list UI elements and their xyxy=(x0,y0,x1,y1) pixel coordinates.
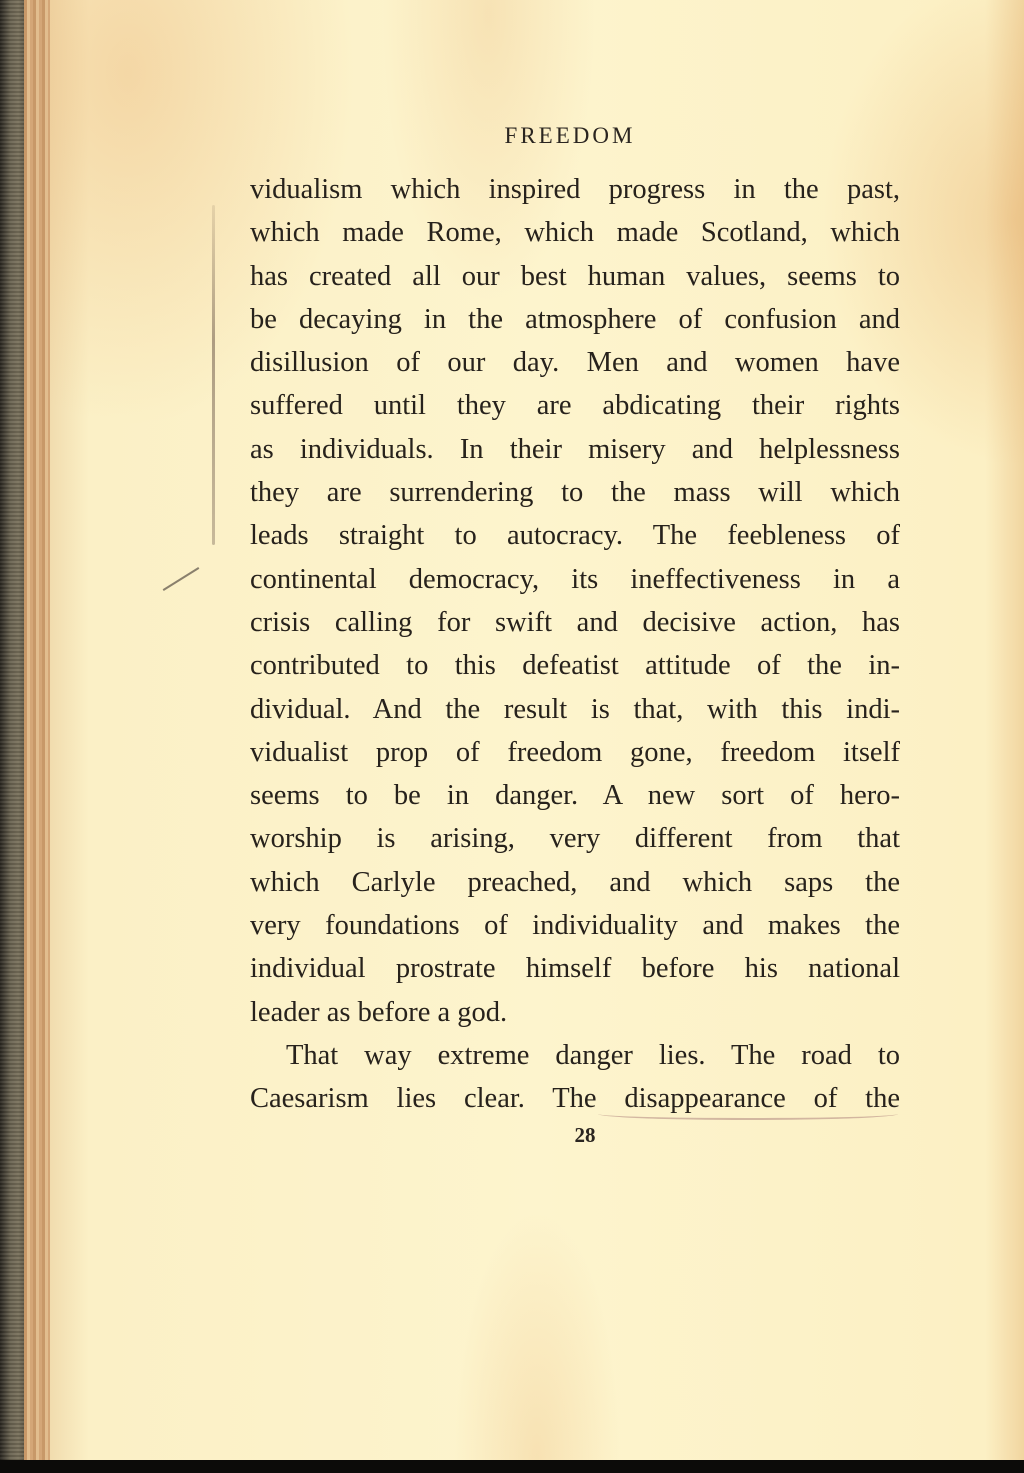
text-line: be decaying in the atmosphere of confusi… xyxy=(250,298,900,341)
text-line: suffered until they are abdicating their… xyxy=(250,384,900,427)
page-number: 28 xyxy=(0,1123,1024,1148)
page-edges xyxy=(24,0,52,1462)
pencil-underline xyxy=(598,1108,898,1120)
text-line: very foundations of individuality and ma… xyxy=(250,904,900,947)
text-line: they are surrendering to the mass will w… xyxy=(250,471,900,514)
text-line: vidualist prop of freedom gone, freedom … xyxy=(250,731,900,774)
paragraph-end-line: leader as before a god. xyxy=(250,991,900,1034)
text-line: leads straight to autocracy. The feeblen… xyxy=(250,514,900,557)
text-line: continental democracy, its ineffectivene… xyxy=(250,558,900,601)
body-text: vidualism which inspired progress in the… xyxy=(250,168,900,1121)
running-head: FREEDOM xyxy=(0,123,1024,149)
text-line: has created all our best human values, s… xyxy=(250,255,900,298)
text-line: dividual. And the result is that, with t… xyxy=(250,688,900,731)
text-line: crisis calling for swift and decisive ac… xyxy=(250,601,900,644)
text-line: contributed to this defeatist attitude o… xyxy=(250,644,900,687)
text-line: which made Rome, which made Scotland, wh… xyxy=(250,211,900,254)
text-line: which Carlyle preached, and which saps t… xyxy=(250,861,900,904)
pencil-margin-line xyxy=(212,205,215,545)
text-line: seems to be in danger. A new sort of her… xyxy=(250,774,900,817)
scanned-page: FREEDOM vidualism which inspired progres… xyxy=(0,0,1024,1473)
text-line: as individuals. In their misery and help… xyxy=(250,428,900,471)
text-line: vidualism which inspired progress in the… xyxy=(250,168,900,211)
book-spine xyxy=(0,0,26,1465)
text-line: individual prostrate himself before his … xyxy=(250,947,900,990)
paragraph-start-line: That way extreme danger lies. The road t… xyxy=(250,1034,900,1077)
text-line: disillusion of our day. Men and women ha… xyxy=(250,341,900,384)
text-line: worship is arising, very different from … xyxy=(250,817,900,860)
scan-bottom-shadow xyxy=(0,1460,1024,1473)
